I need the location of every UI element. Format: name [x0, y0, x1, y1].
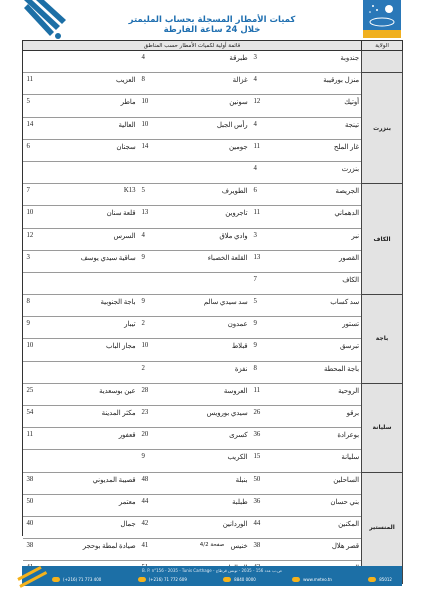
rain-value: 23	[138, 406, 162, 428]
station-name: تبرسق	[274, 339, 362, 361]
station-name	[162, 272, 250, 294]
station-name: مكثر المدينة	[47, 406, 138, 428]
governorate-cell: باجة	[362, 295, 403, 384]
phone-text: (+216) 71 773 400	[63, 577, 101, 582]
rain-value: 5	[138, 184, 162, 206]
rain-value: 4	[250, 73, 274, 95]
document-subtitle: خلال 24 ساعة الفارطة	[0, 25, 424, 35]
rain-value: 9	[138, 295, 162, 317]
station-name: الكريب	[162, 450, 250, 472]
fax-icon	[138, 577, 146, 582]
rain-value: 11	[250, 139, 274, 161]
table-row: بني حسان 36 طبلبة 44 معتمر 50	[23, 494, 403, 516]
station-name: الوردانين	[162, 516, 250, 538]
footer-address: B. P. n°156 - 2035 - Tunis Carthage - ص.…	[22, 568, 402, 573]
rain-value: 10	[138, 117, 162, 139]
station-name: مجاز الباب	[47, 339, 138, 361]
rain-value: 20	[138, 428, 162, 450]
rain-value: 13	[250, 250, 274, 272]
rain-value: 14	[23, 117, 47, 139]
station-name: بنبلة	[162, 472, 250, 494]
governorate-cell: الكاف	[362, 184, 403, 295]
station-name	[162, 161, 250, 183]
station-name: K13	[47, 184, 138, 206]
rain-value: 5	[23, 95, 47, 117]
rain-value: 3	[23, 250, 47, 272]
station-name: طبرقة	[162, 51, 250, 73]
rain-value: 8	[23, 295, 47, 317]
rain-value: 4	[138, 51, 162, 73]
station-name	[47, 51, 138, 73]
rain-value: 9	[250, 317, 274, 339]
rain-value: 44	[138, 494, 162, 516]
rain-value	[23, 51, 47, 73]
sms-icon	[368, 577, 376, 582]
table-header: الولاية قائمة أولية لكميات الأمطار حسب ا…	[23, 41, 403, 51]
rain-value: 4	[250, 161, 274, 183]
rain-value	[23, 450, 47, 472]
rain-value: 12	[250, 95, 274, 117]
station-name: تينجة	[274, 117, 362, 139]
rain-value: 10	[23, 339, 47, 361]
table-row: جندوبة 3 طبرقة 4	[23, 51, 403, 73]
rain-value: 9	[138, 250, 162, 272]
governorate-cell	[362, 51, 403, 73]
hotline-icon	[223, 577, 231, 582]
station-name: معتمر	[47, 494, 138, 516]
station-name: جندوبة	[274, 51, 362, 73]
rain-value: 11	[23, 428, 47, 450]
rain-value: 54	[23, 406, 47, 428]
phone-icon	[52, 577, 60, 582]
table-row: تبرسق 9 قبلاط 10 مجاز الباب 10	[23, 339, 403, 361]
rain-value: 36	[250, 428, 274, 450]
table-row: تستور 9 عمدون 2 تيبار 9	[23, 317, 403, 339]
logo-band	[363, 30, 401, 38]
rain-value: 38	[23, 472, 47, 494]
station-name: تيبار	[47, 317, 138, 339]
rain-value: 6	[250, 184, 274, 206]
station-name: العالية	[47, 117, 138, 139]
rain-value: 48	[138, 472, 162, 494]
table-row: بنزرت منزل بورقيبة 4 غزالة 8 العزيب 11	[23, 73, 403, 95]
table-row: أوتيك 12 سونين 10 ماطر 5	[23, 95, 403, 117]
station-name: سيدي بورويس	[162, 406, 250, 428]
rain-value: 8	[138, 73, 162, 95]
rain-value: 4	[138, 228, 162, 250]
rain-value: 6	[23, 139, 47, 161]
rain-value: 50	[250, 472, 274, 494]
rain-value: 44	[250, 516, 274, 538]
table-row: باجة سد كساب 5 سد سيدي سالم 9 باجة الجنو…	[23, 295, 403, 317]
station-name: تاجروين	[162, 206, 250, 228]
station-name: برقو	[274, 406, 362, 428]
rain-value: 3	[250, 51, 274, 73]
page-number: صفحة 4/2	[0, 542, 424, 548]
station-name: قصيبة المديوني	[47, 472, 138, 494]
station-name: الطويرف	[162, 184, 250, 206]
station-name: ماطر	[47, 95, 138, 117]
station-name: سليانة	[274, 450, 362, 472]
sms-text: 85012	[379, 577, 392, 582]
rain-value: 7	[250, 272, 274, 294]
table-row: نبر 3 وادي ملاق 4 السرس 12	[23, 228, 403, 250]
station-name: بوعرادة	[274, 428, 362, 450]
station-name: قبلاط	[162, 339, 250, 361]
station-name: تستور	[274, 317, 362, 339]
station-name: السرس	[47, 228, 138, 250]
station-name: نبر	[274, 228, 362, 250]
station-name: جمال	[47, 516, 138, 538]
table-row: بنزرت 4	[23, 161, 403, 183]
rain-value: 11	[250, 206, 274, 228]
station-name: سد كساب	[274, 295, 362, 317]
station-name: عين بوسعدية	[47, 383, 138, 405]
hotline-text: 8840 0000	[234, 577, 256, 582]
footer-sms: 85012	[368, 577, 392, 582]
rain-value: 14	[138, 139, 162, 161]
station-name: عمدون	[162, 317, 250, 339]
footer-fax: (+216) 71 772 609	[138, 577, 187, 582]
station-name: كسرى	[162, 428, 250, 450]
table-row: القصور 13 القلعة الخصباء 9 ساقية سيدي يو…	[23, 250, 403, 272]
table-row: المنستير الساحلين 50 بنبلة 48 قصيبة المد…	[23, 472, 403, 494]
station-name: قلعة سنان	[47, 206, 138, 228]
footer-website[interactable]: www.meteo.tn	[292, 577, 332, 582]
rain-value: 25	[23, 383, 47, 405]
footer-hotline: 8840 0000	[223, 577, 256, 582]
station-name: سد سيدي سالم	[162, 295, 250, 317]
rain-value: 28	[138, 383, 162, 405]
web-icon	[292, 577, 300, 582]
station-name: سجنان	[47, 139, 138, 161]
station-name: العروسة	[162, 383, 250, 405]
station-name: المكنين	[274, 516, 362, 538]
table-row: الكاف 7	[23, 272, 403, 294]
rain-value	[23, 361, 47, 383]
table-row: بوعرادة 36 كسرى 20 قعفور 11	[23, 428, 403, 450]
station-name: نفزة	[162, 361, 250, 383]
rain-value: 11	[23, 73, 47, 95]
governorate-header: الولاية	[362, 41, 403, 51]
station-name: طبلبة	[162, 494, 250, 516]
list-header: قائمة أولية لكميات الأمطار حسب المناطق	[23, 41, 362, 51]
station-name: ساقية سيدي يوسف	[47, 250, 138, 272]
station-name: العزيب	[47, 73, 138, 95]
station-name	[47, 361, 138, 383]
rain-value: 36	[250, 494, 274, 516]
station-name: غزالة	[162, 73, 250, 95]
rain-value: 5	[250, 295, 274, 317]
rain-value: 10	[138, 339, 162, 361]
station-name: الدهماني	[274, 206, 362, 228]
table-row: برقو 26 سيدي بورويس 23 مكثر المدينة 54	[23, 406, 403, 428]
station-name: أوتيك	[274, 95, 362, 117]
station-name: بني حسان	[274, 494, 362, 516]
rain-value	[138, 272, 162, 294]
station-name: قعفور	[47, 428, 138, 450]
rain-value: 2	[138, 361, 162, 383]
table-row: سليانة 15 الكريب 9	[23, 450, 403, 472]
station-name	[47, 450, 138, 472]
website-link[interactable]: www.meteo.tn	[303, 577, 332, 582]
table-row: تينجة 4 رأس الجبل 10 العالية 14	[23, 117, 403, 139]
rain-value: 3	[250, 228, 274, 250]
governorate-cell: سليانة	[362, 383, 403, 472]
rain-value: 26	[250, 406, 274, 428]
rain-value: 15	[250, 450, 274, 472]
rain-value: 8	[250, 361, 274, 383]
rain-value: 10	[138, 95, 162, 117]
rain-value: 11	[250, 383, 274, 405]
rain-value: 13	[138, 206, 162, 228]
logo-right	[363, 0, 401, 40]
table-row: المكنين 44 الوردانين 42 جمال 40	[23, 516, 403, 538]
table-row: غار الملح 11 جومين 14 سجنان 6	[23, 139, 403, 161]
station-name: القصور	[274, 250, 362, 272]
footer-contacts: (+216) 71 773 400 (+216) 71 772 609 8840…	[52, 577, 392, 582]
table-row: الدهماني 11 تاجروين 13 قلعة سنان 10	[23, 206, 403, 228]
station-name: الجريصة	[274, 184, 362, 206]
rain-value: 9	[23, 317, 47, 339]
rain-value: 9	[138, 450, 162, 472]
rain-value: 40	[23, 516, 47, 538]
table-row: سليانة الروحية 11 العروسة 28 عين بوسعدية…	[23, 383, 403, 405]
station-name: وادي ملاق	[162, 228, 250, 250]
footer-bar: B. P. n°156 - 2035 - Tunis Carthage - ص.…	[22, 566, 402, 586]
station-name	[47, 161, 138, 183]
rain-value	[23, 272, 47, 294]
fax-text: (+216) 71 772 609	[149, 577, 187, 582]
document-title: كميات الأمطار المسجلة بحساب المليمتر	[0, 15, 424, 25]
table-row: الكاف الجريصة 6 الطويرف 5 K13 7	[23, 184, 403, 206]
governorate-cell: بنزرت	[362, 73, 403, 184]
rain-value: 42	[138, 516, 162, 538]
station-name: الروحية	[274, 383, 362, 405]
rain-value: 7	[23, 184, 47, 206]
rain-value: 2	[138, 317, 162, 339]
station-name	[47, 272, 138, 294]
rain-value: 12	[23, 228, 47, 250]
rainfall-table: الولاية قائمة أولية لكميات الأمطار حسب ا…	[22, 40, 403, 584]
station-name: الكاف	[274, 272, 362, 294]
station-name: الساحلين	[274, 472, 362, 494]
rain-value	[138, 161, 162, 183]
station-name: باجة المحطة	[274, 361, 362, 383]
rain-value: 9	[250, 339, 274, 361]
footer-phone: (+216) 71 773 400	[52, 577, 101, 582]
station-name: منزل بورقيبة	[274, 73, 362, 95]
station-name: بنزرت	[274, 161, 362, 183]
station-name: رأس الجبل	[162, 117, 250, 139]
station-name: غار الملح	[274, 139, 362, 161]
station-name: جومين	[162, 139, 250, 161]
logo-sky	[363, 0, 401, 30]
rain-value: 10	[23, 206, 47, 228]
rain-value: 4	[250, 117, 274, 139]
rain-value	[23, 161, 47, 183]
station-name: القلعة الخصباء	[162, 250, 250, 272]
station-name: سونين	[162, 95, 250, 117]
station-name: باجة الجنوبية	[47, 295, 138, 317]
table-row: باجة المحطة 8 نفزة 2	[23, 361, 403, 383]
rain-value: 50	[23, 494, 47, 516]
